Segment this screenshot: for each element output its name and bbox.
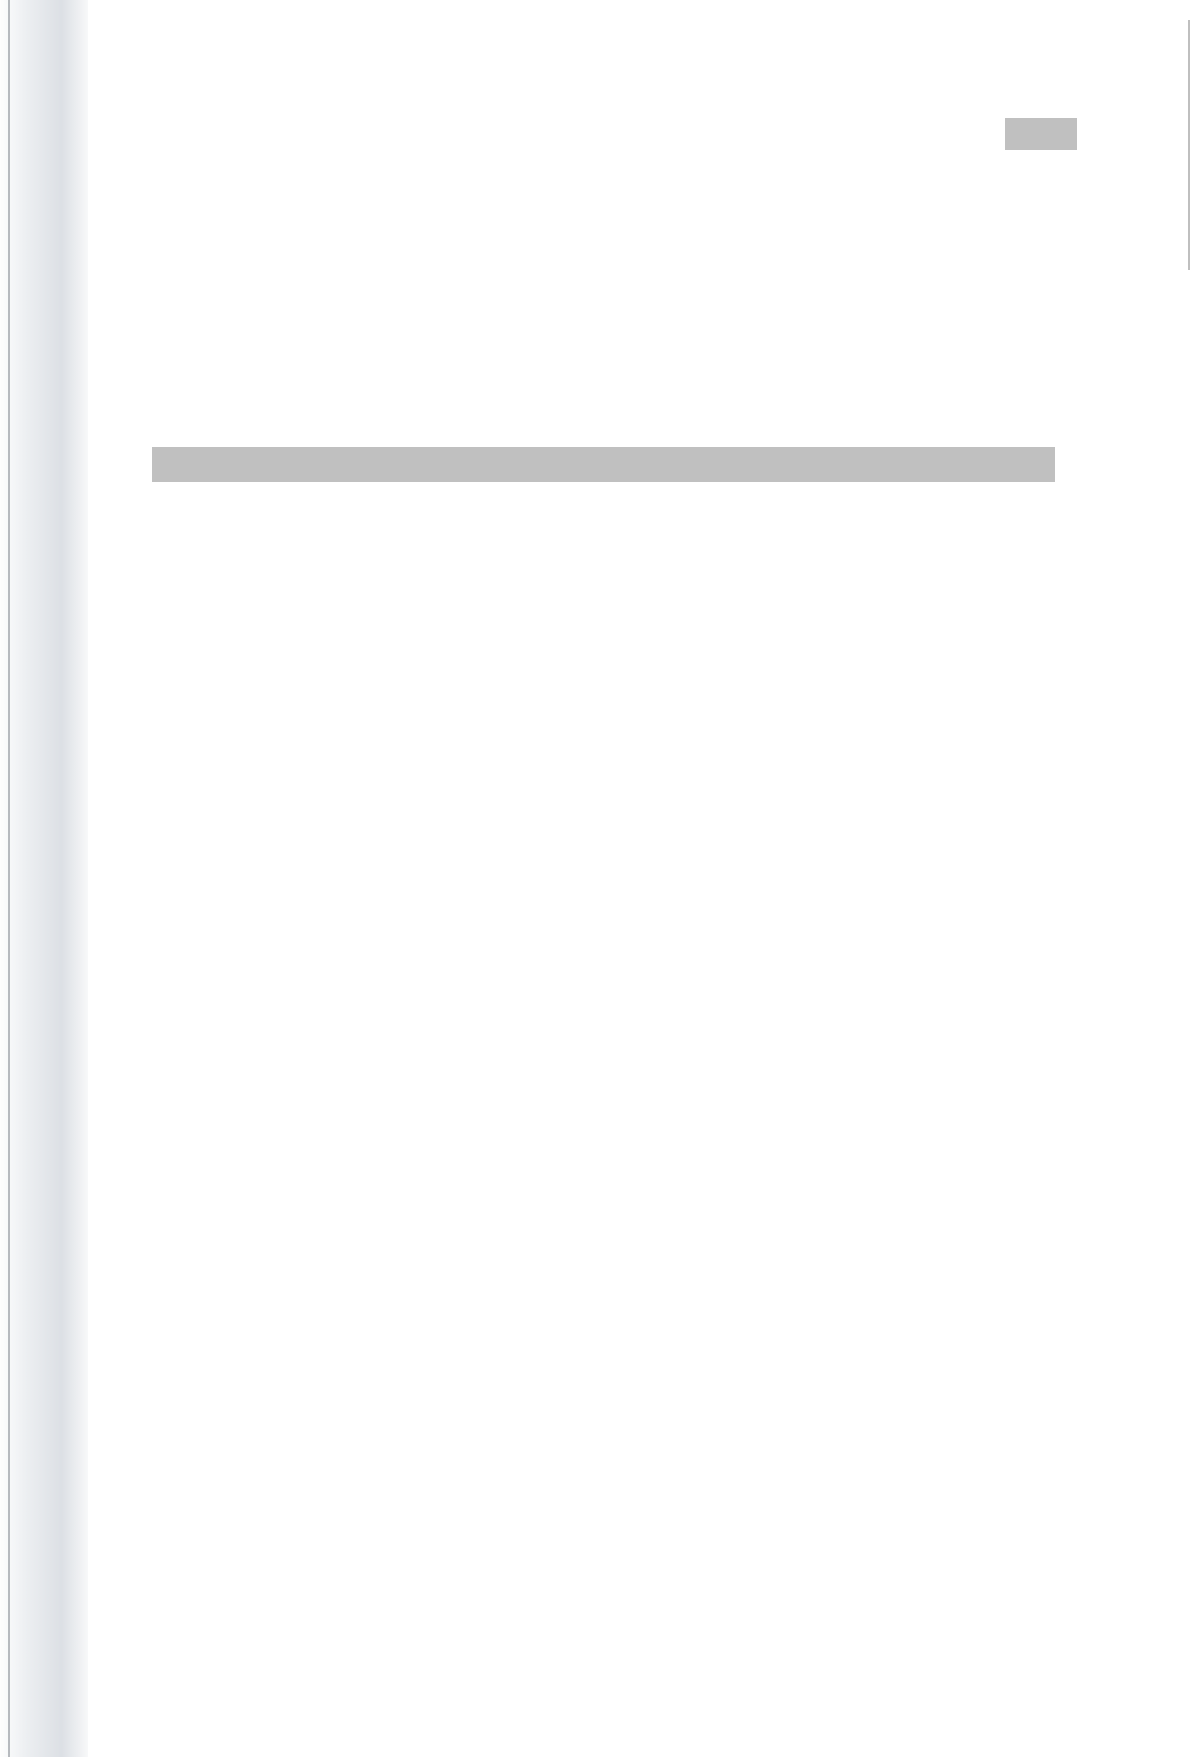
document-subtitle-part bbox=[335, 222, 935, 247]
redaction-case-number bbox=[1005, 118, 1077, 150]
redaction-plaintiff bbox=[152, 447, 1055, 482]
document-title bbox=[335, 152, 935, 177]
document-subtitle bbox=[335, 187, 935, 212]
scan-edge-line bbox=[8, 0, 10, 1757]
scan-edge-shadow bbox=[0, 0, 88, 1757]
scan-right-edge bbox=[1188, 20, 1190, 270]
